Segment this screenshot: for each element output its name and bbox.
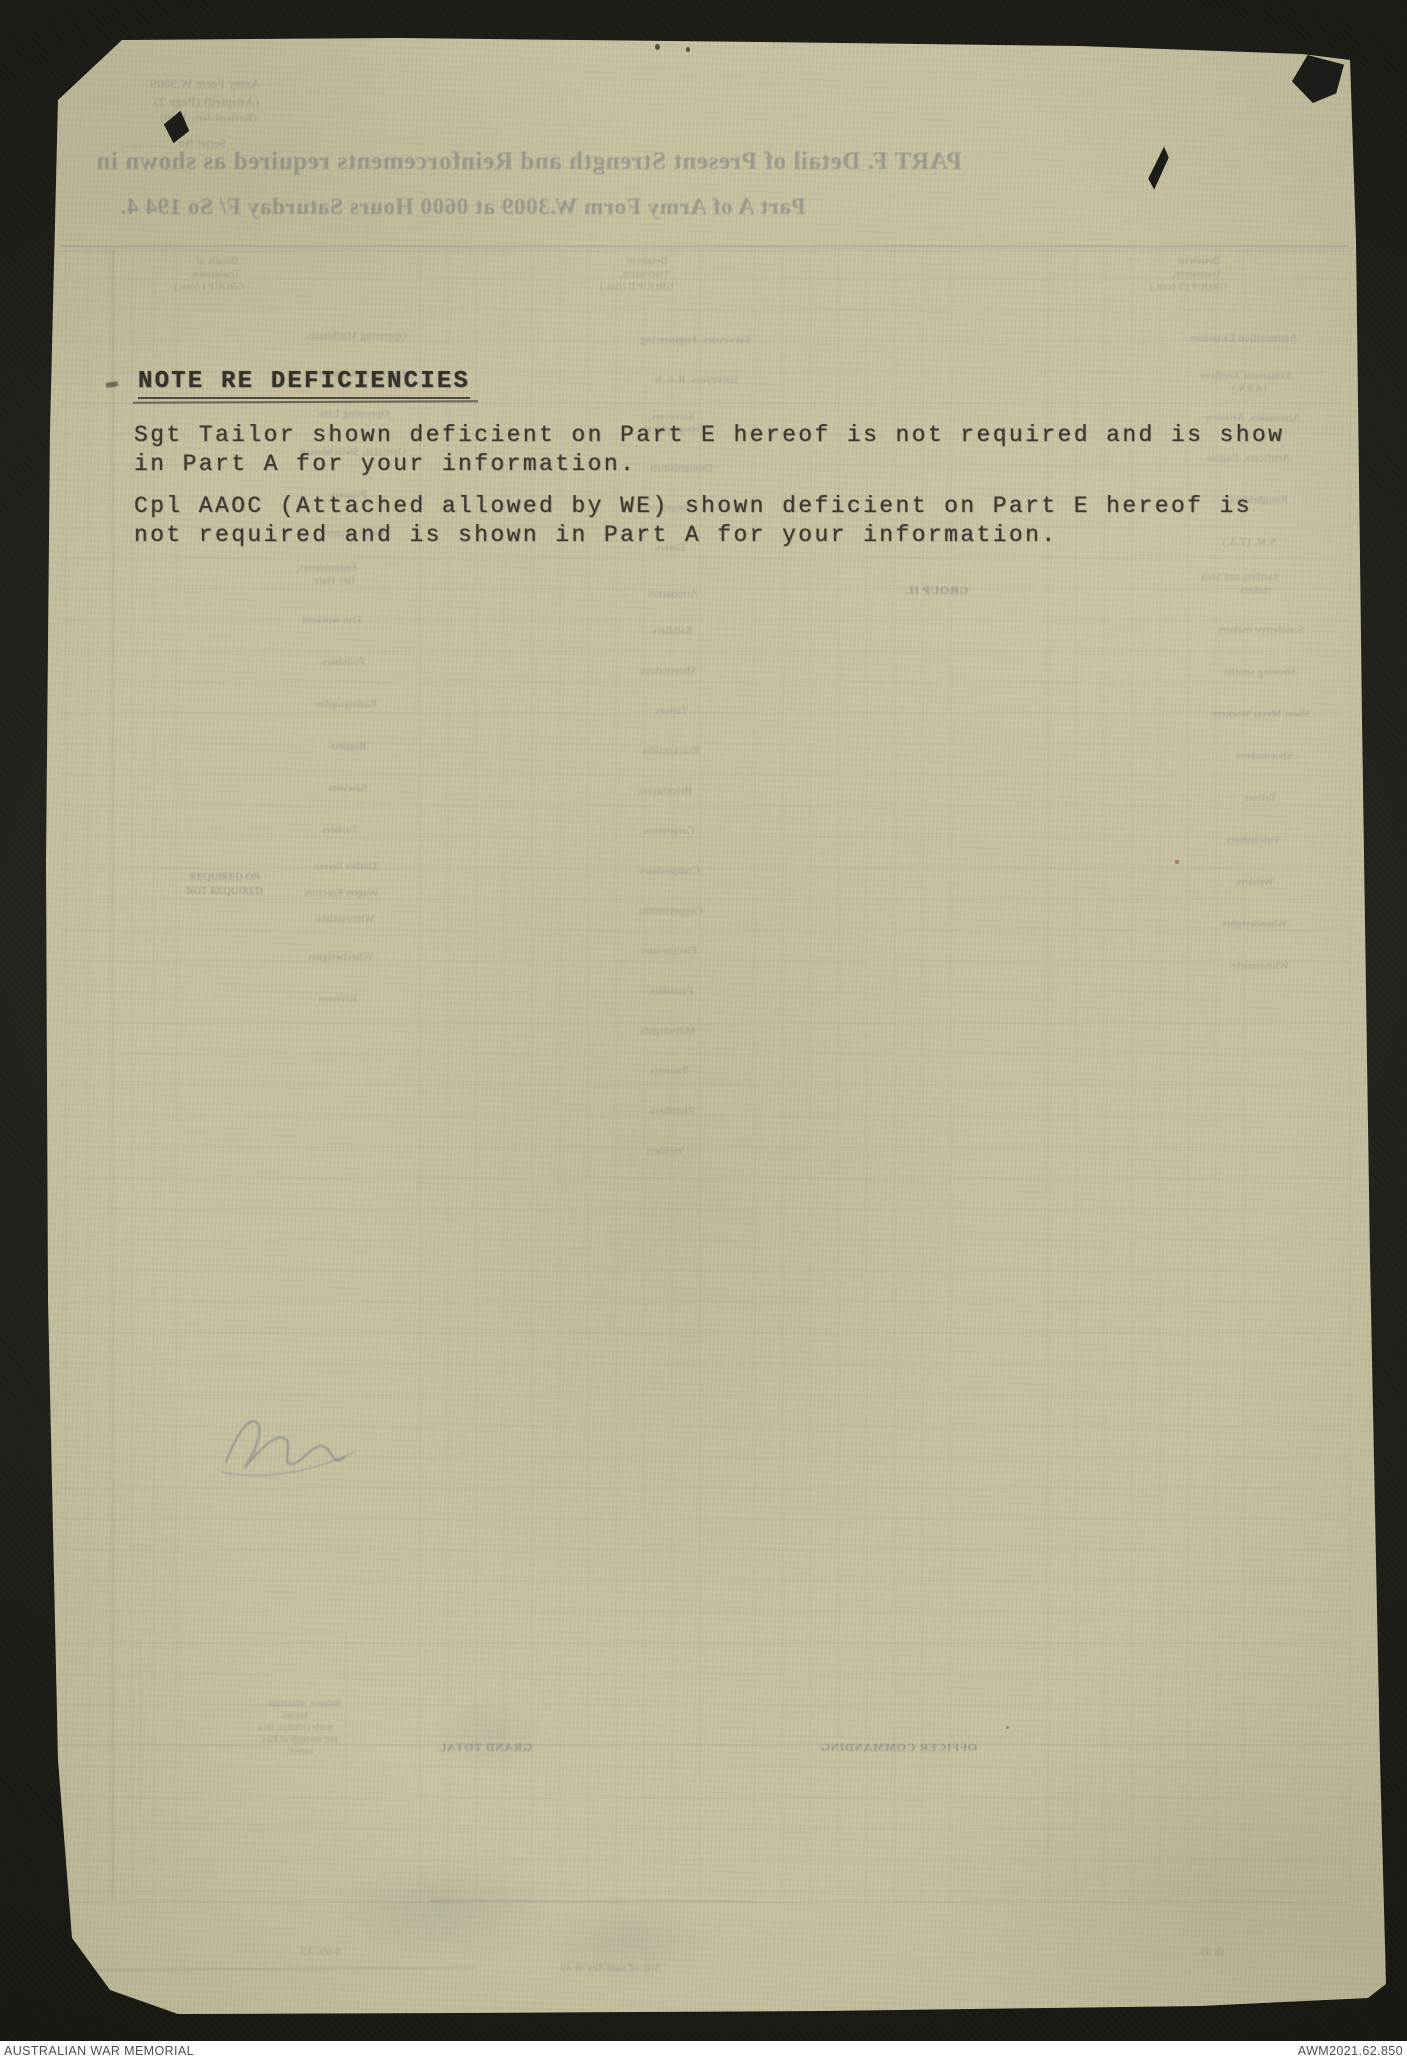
typed-note: NOTE RE DEFICIENCIES Sgt Tailor shown de… (0, 0, 1407, 2061)
ink-tick-mark (106, 381, 119, 388)
paragraph-line: not required and is shown in Part A for … (134, 522, 1058, 548)
paragraph-line: Cpl AAOC (Attached allowed by WE) shown … (134, 493, 1252, 519)
note-paragraph-2: Cpl AAOC (Attached allowed by WE) shown … (134, 492, 1252, 550)
archive-item-id: AWM2021.62.850 (1298, 2044, 1403, 2058)
staple-hole (686, 47, 690, 52)
note-heading: NOTE RE DEFICIENCIES (138, 368, 470, 399)
document-page: Army Form W.3009(Adapted) (Page 2)(Revis… (0, 0, 1407, 2061)
scanned-document-root: { "scan": { "archive_label": "AUSTRALIAN… (0, 0, 1407, 2061)
archive-footer: AUSTRALIAN WAR MEMORIAL AWM2021.62.850 (0, 2041, 1407, 2061)
archive-name-label: AUSTRALIAN WAR MEMORIAL (4, 2044, 194, 2058)
scanner-background: Army Form W.3009(Adapted) (Page 2)(Revis… (0, 0, 1407, 2061)
note-paragraph-1: Sgt Tailor shown deficient on Part E her… (134, 421, 1284, 479)
staple-hole (655, 44, 660, 50)
paragraph-line: Sgt Tailor shown deficient on Part E her… (134, 422, 1284, 448)
rust-speck (1175, 860, 1179, 864)
paragraph-line: in Part A for your information. (134, 451, 636, 477)
rust-speck (1006, 1726, 1009, 1729)
